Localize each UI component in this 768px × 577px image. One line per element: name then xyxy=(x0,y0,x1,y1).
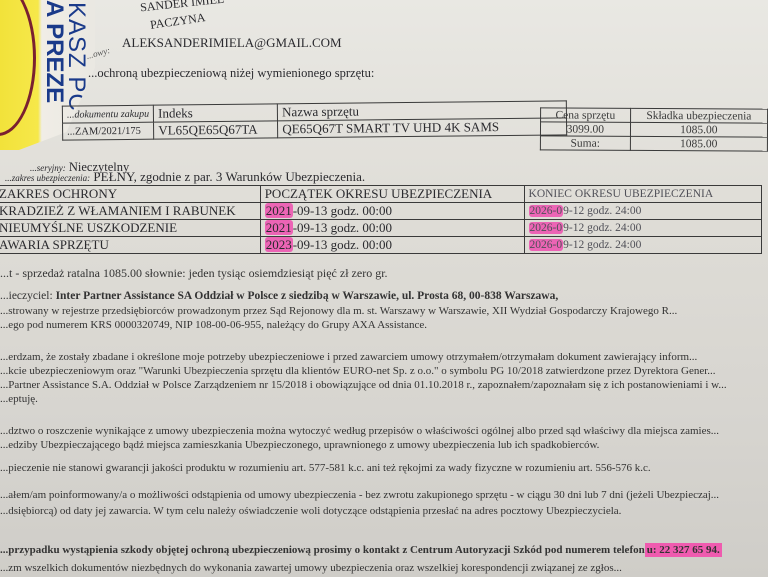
highlight-mark: 2021 xyxy=(265,220,293,235)
insurance-scope: ...zakres ubezpieczenia: PEŁNY, zgodnie … xyxy=(5,169,365,185)
col-price: Cena sprzętu xyxy=(541,108,631,122)
start-rest: -09-13 godz. 00:00 xyxy=(293,203,392,218)
end-rest: 9-12 godz. 24:00 xyxy=(563,239,641,251)
insurer-line: ...ieczyciel: Inter Partner Assistance S… xyxy=(0,290,558,302)
col-index: Indeks xyxy=(154,104,278,122)
index-value: VL65QE65Q67TA xyxy=(154,121,278,139)
col-start: POCZĄTEK OKRESU UBEZPIECZENIA xyxy=(260,186,524,203)
damage-contact-text: ...przypadku wystąpienia szkody objętej … xyxy=(0,544,645,556)
claims-line: ...dztwo o roszczenie wynikające z umowy… xyxy=(0,425,719,437)
table-row: NIEUMYŚLNE USZKODZENIE 2021-09-13 godz. … xyxy=(0,220,762,237)
end-cell: 2026-09-12 godz. 24:00 xyxy=(524,203,761,220)
scope-label: ...zakres ubezpieczenia: xyxy=(5,173,90,183)
damage-docs-line: ...zm wszelkich dokumentów niezbędnych d… xyxy=(0,562,622,574)
sum-label: Suma: xyxy=(540,136,630,150)
claims-line: ...edziby Ubezpieczającego bądź miejsca … xyxy=(0,439,599,451)
declaration-line: ...erdzam, że zostały zbadane i określon… xyxy=(0,351,697,363)
warranty-line: ...pieczenie nie stanowi gwarancji jakoś… xyxy=(0,462,651,474)
declaration-line: ...eptuję. xyxy=(0,393,38,405)
declaration-line: ...kcie ubezpieczeniowym oraz "Warunki U… xyxy=(0,365,716,377)
end-rest: 9-12 godz. 24:00 xyxy=(563,205,641,217)
scope-cell: NIEUMYŚLNE USZKODZENIE xyxy=(0,220,260,237)
document-photo: A PREZE KASZ PC SANDER IMIEL PACZYNA ...… xyxy=(0,0,768,577)
flyer-arc-graphic xyxy=(0,0,36,136)
sum-value: 1085.00 xyxy=(630,136,767,151)
col-scope: ZAKRES OCHRONY xyxy=(0,186,260,203)
start-cell: 2021-09-13 godz. 00:00 xyxy=(260,220,524,237)
withdrawal-line: ...dsiębiorcą) od daty jej zawarcia. W t… xyxy=(0,505,621,517)
scope-cell: AWARIA SPRZĘTU xyxy=(0,237,260,254)
equipment-name-value: QE65Q67T SMART TV UHD 4K SAMS xyxy=(278,118,567,138)
price-value: 3099.00 xyxy=(540,122,630,136)
insurance-period-table: ZAKRES OCHRONY POCZĄTEK OKRESU UBEZPIECZ… xyxy=(0,185,762,254)
end-cell: 2026-09-12 godz. 24:00 xyxy=(524,220,761,237)
scope-cell: KRADZIEŻ Z WŁAMANIEM I RABUNEK xyxy=(0,203,260,220)
equipment-table: ...dokumentu zakupu Indeks Nazwa sprzętu… xyxy=(62,100,568,140)
scope-value: PEŁNY, zgodnie z par. 3 Warunków Ubezpie… xyxy=(93,169,365,184)
withdrawal-line: ...ałem/am poinformowany/a o możliwości … xyxy=(0,489,719,501)
start-rest: -09-13 godz. 00:00 xyxy=(293,237,392,252)
col-premium: Składka ubezpieczenia xyxy=(630,108,767,123)
customer-email: ALEKSANDERIMIELA@GMAIL.COM xyxy=(122,35,342,51)
start-rest: -09-13 godz. 00:00 xyxy=(293,220,392,235)
highlight-mark: 2026-0 xyxy=(529,205,564,217)
insurer-label: ...ieczyciel: xyxy=(0,290,56,302)
highlight-mark: 2023 xyxy=(265,237,293,252)
declaration-line: ...Partner Assistance S.A. Oddział w Pol… xyxy=(0,379,727,391)
highlight-mark: 2026-0 xyxy=(529,222,564,234)
premium-value: 1085.00 xyxy=(630,122,767,137)
insurer-name: Inter Partner Assistance SA Oddział w Po… xyxy=(56,290,559,302)
purchase-doc-number: ...ZAM/2021/175 xyxy=(63,122,154,140)
price-table: Cena sprzętu Składka ubezpieczenia 3099.… xyxy=(540,107,768,151)
table-row: KRADZIEŻ Z WŁAMANIEM I RABUNEK 2021-09-1… xyxy=(0,203,762,220)
end-cell: 2026-09-12 godz. 24:00 xyxy=(524,237,761,254)
start-cell: 2023-09-13 godz. 00:00 xyxy=(260,237,524,254)
insurer-krs: ...ego pod numerem KRS 0000320749, NIP 1… xyxy=(0,319,427,331)
intro-text: ...ochroną ubezpieczeniową niżej wymieni… xyxy=(88,66,374,81)
claims-phone-number: u: 22 327 65 94. xyxy=(645,543,722,557)
col-purchase-doc: ...dokumentu zakupu xyxy=(62,105,153,123)
highlight-mark: 2026-0 xyxy=(529,239,564,251)
damage-contact-line: ...przypadku wystąpienia szkody objętej … xyxy=(0,544,722,556)
highlight-mark: 2021 xyxy=(265,203,293,218)
insurer-register: ...strowany w rejestrze przedsiębiorców … xyxy=(0,305,677,317)
col-end: KONIEC OKRESU UBEZPIECZENIA xyxy=(524,186,761,203)
start-cell: 2021-09-13 godz. 00:00 xyxy=(260,203,524,220)
table-row: AWARIA SPRZĘTU 2023-09-13 godz. 00:00 20… xyxy=(0,237,762,254)
end-rest: 9-12 godz. 24:00 xyxy=(563,222,641,234)
payment-line: ...t - sprzedaż ratalna 1085.00 słownie:… xyxy=(0,266,388,281)
